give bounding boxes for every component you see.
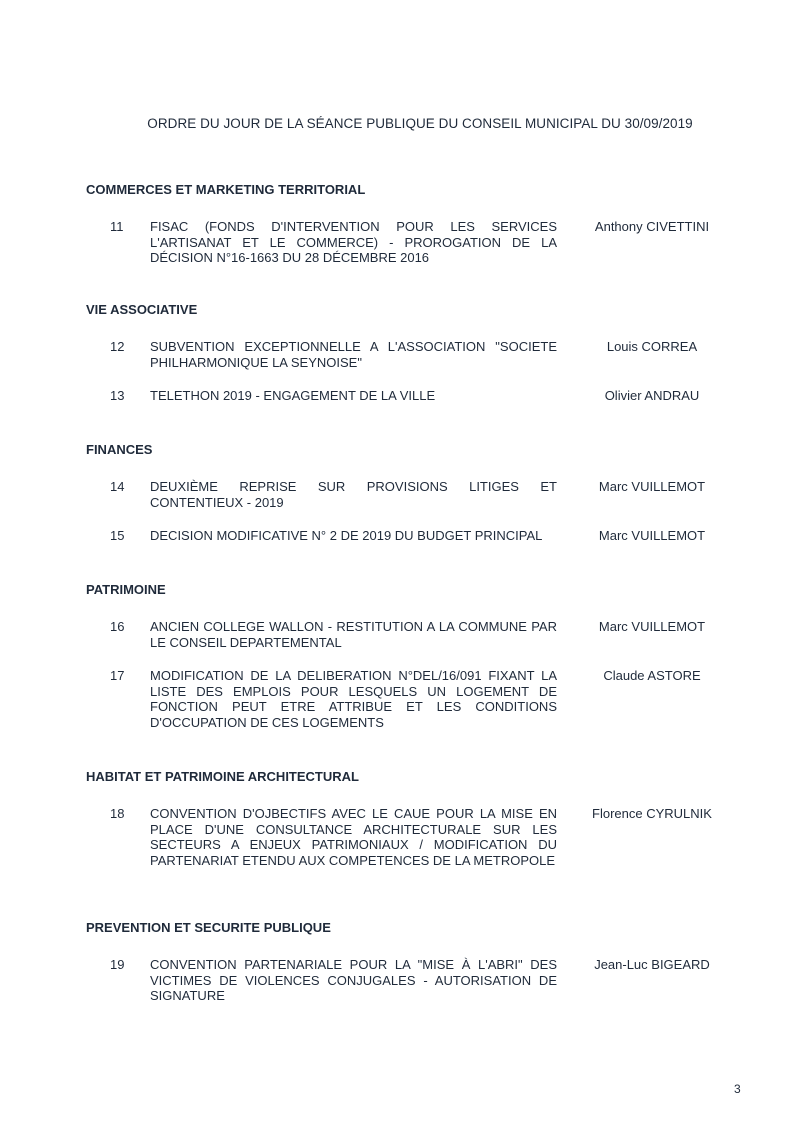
item-text: CONVENTION PARTENARIALE POUR LA "MISE À … — [150, 957, 557, 1004]
item-text: FISAC (FONDS D'INTERVENTION POUR LES SER… — [150, 219, 557, 266]
item-rapporteur: Anthony CIVETTINI — [572, 219, 732, 234]
item-rapporteur: Louis CORREA — [572, 339, 732, 354]
item-text: DEUXIÈME REPRISE SUR PROVISIONS LITIGES … — [150, 479, 557, 510]
item-rapporteur: Claude ASTORE — [572, 668, 732, 683]
section-commerces: COMMERCES ET MARKETING TERRITORIAL 11 FI… — [86, 182, 726, 266]
item-rapporteur: Marc VUILLEMOT — [572, 619, 732, 634]
item-number: 17 — [86, 668, 150, 730]
page-number: 3 — [734, 1082, 741, 1096]
item-number: 18 — [86, 806, 150, 868]
agenda-item: 12 SUBVENTION EXCEPTIONNELLE A L'ASSOCIA… — [86, 339, 726, 370]
page-title: ORDRE DU JOUR DE LA SÉANCE PUBLIQUE DU C… — [0, 116, 800, 131]
item-rapporteur: Olivier ANDRAU — [572, 388, 732, 403]
item-number: 13 — [86, 388, 150, 404]
item-number: 15 — [86, 528, 150, 544]
section-title: PREVENTION ET SECURITE PUBLIQUE — [86, 920, 726, 935]
agenda-item: 15 DECISION MODIFICATIVE N° 2 DE 2019 DU… — [86, 528, 726, 544]
item-rapporteur: Marc VUILLEMOT — [572, 479, 732, 494]
section-title: FINANCES — [86, 442, 726, 457]
item-text: TELETHON 2019 - ENGAGEMENT DE LA VILLE — [150, 388, 557, 404]
item-number: 19 — [86, 957, 150, 1004]
item-number: 14 — [86, 479, 150, 510]
item-rapporteur: Florence CYRULNIK — [572, 806, 732, 821]
agenda-item: 14 DEUXIÈME REPRISE SUR PROVISIONS LITIG… — [86, 479, 726, 510]
section-title: COMMERCES ET MARKETING TERRITORIAL — [86, 182, 726, 197]
agenda-item: 17 MODIFICATION DE LA DELIBERATION N°DEL… — [86, 668, 726, 730]
agenda-item: 16 ANCIEN COLLEGE WALLON - RESTITUTION A… — [86, 619, 726, 650]
item-text: MODIFICATION DE LA DELIBERATION N°DEL/16… — [150, 668, 557, 730]
item-number: 16 — [86, 619, 150, 650]
section-patrimoine: PATRIMOINE 16 ANCIEN COLLEGE WALLON - RE… — [86, 582, 726, 730]
item-text: SUBVENTION EXCEPTIONNELLE A L'ASSOCIATIO… — [150, 339, 557, 370]
item-text: DECISION MODIFICATIVE N° 2 DE 2019 DU BU… — [150, 528, 557, 544]
section-title: HABITAT ET PATRIMOINE ARCHITECTURAL — [86, 769, 726, 784]
item-number: 11 — [86, 219, 150, 266]
agenda-item: 19 CONVENTION PARTENARIALE POUR LA "MISE… — [86, 957, 726, 1004]
item-rapporteur: Jean-Luc BIGEARD — [572, 957, 732, 972]
item-text: CONVENTION D'OJBECTIFS AVEC LE CAUE POUR… — [150, 806, 557, 868]
section-finances: FINANCES 14 DEUXIÈME REPRISE SUR PROVISI… — [86, 442, 726, 544]
section-vie-associative: VIE ASSOCIATIVE 12 SUBVENTION EXCEPTIONN… — [86, 302, 726, 404]
agenda-item: 13 TELETHON 2019 - ENGAGEMENT DE LA VILL… — [86, 388, 726, 404]
item-rapporteur: Marc VUILLEMOT — [572, 528, 732, 543]
section-title: VIE ASSOCIATIVE — [86, 302, 726, 317]
item-number: 12 — [86, 339, 150, 370]
item-text: ANCIEN COLLEGE WALLON - RESTITUTION A LA… — [150, 619, 557, 650]
agenda-item: 18 CONVENTION D'OJBECTIFS AVEC LE CAUE P… — [86, 806, 726, 868]
agenda-item: 11 FISAC (FONDS D'INTERVENTION POUR LES … — [86, 219, 726, 266]
section-title: PATRIMOINE — [86, 582, 726, 597]
section-habitat: HABITAT ET PATRIMOINE ARCHITECTURAL 18 C… — [86, 769, 726, 868]
section-prevention: PREVENTION ET SECURITE PUBLIQUE 19 CONVE… — [86, 920, 726, 1004]
